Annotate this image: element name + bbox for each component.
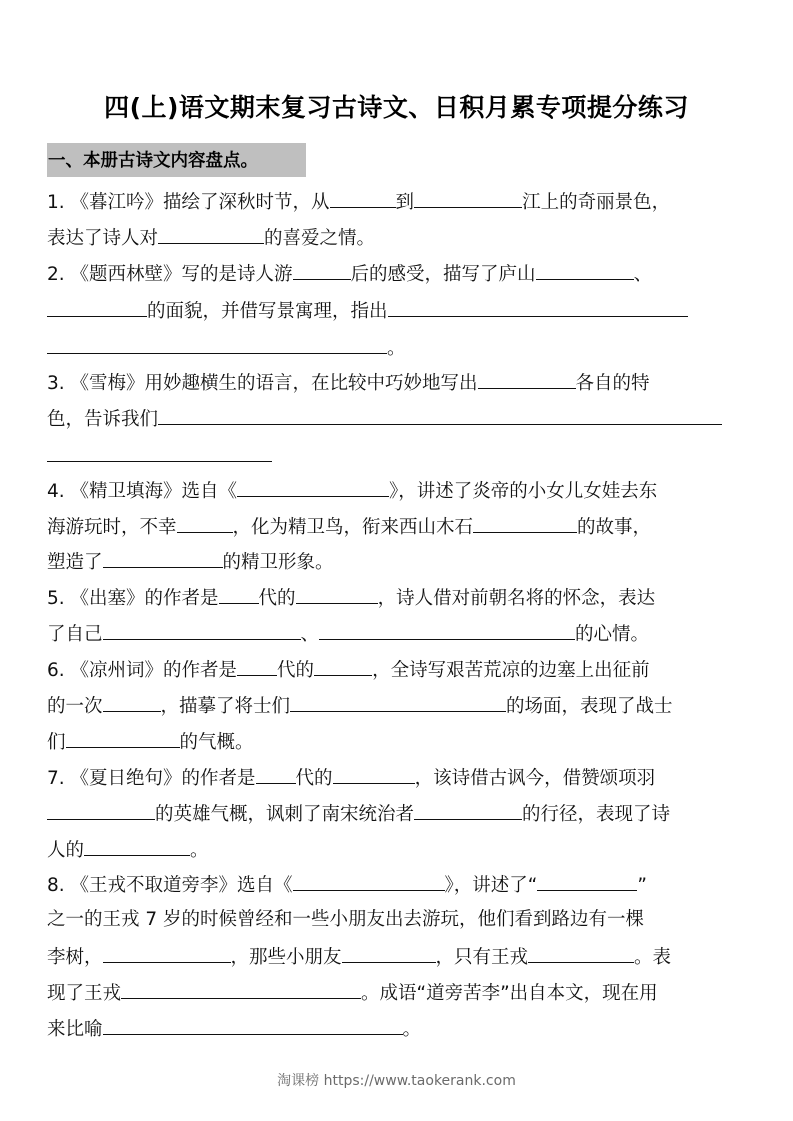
answer-blank[interactable] — [296, 583, 378, 604]
answer-blank[interactable] — [237, 476, 389, 497]
answer-blank[interactable] — [388, 296, 688, 317]
question-1-line: 1. 《暮江吟》描绘了深秋时节，从到江上的奇丽景色， — [47, 187, 670, 215]
question-text: 李树， — [47, 947, 103, 968]
question-3-line: 3. 《雪梅》用妙趣横生的语言，在比较中巧妙地写出各自的特 — [47, 368, 650, 396]
question-text: 色，告诉我们 — [47, 409, 158, 430]
question-text: 的故事， — [577, 517, 651, 538]
question-text: 江上的奇丽景色， — [522, 192, 670, 213]
question-6-line: 6. 《凉州词》的作者是代的，全诗写艰苦荒凉的边塞上出征前 — [47, 655, 650, 683]
question-4-line: 海游玩时，不幸，化为精卫鸟，衔来西山木石的故事， — [47, 512, 651, 540]
answer-blank[interactable] — [84, 835, 190, 856]
worksheet-title: 四(上)语文期末复习古诗文、日积月累专项提分练习 — [0, 88, 793, 124]
question-text: 。表 — [634, 947, 671, 968]
answer-blank[interactable] — [290, 691, 506, 712]
answer-blank[interactable] — [158, 223, 264, 244]
question-8-line: 李树，，那些小朋友，只有王戎。表 — [47, 942, 671, 970]
question-text: 的喜爱之情。 — [264, 228, 375, 249]
answer-blank[interactable] — [537, 870, 637, 891]
question-text: 。成语“道旁苦李”出自本文，现在用 — [361, 983, 658, 1004]
answer-blank[interactable] — [414, 799, 522, 820]
answer-blank[interactable] — [66, 727, 180, 748]
question-5-line: 了自己、的心情。 — [47, 619, 649, 647]
answer-blank[interactable] — [256, 763, 296, 784]
question-1-line: 表达了诗人对的喜爱之情。 — [47, 223, 375, 251]
question-text: 、 — [301, 624, 320, 645]
answer-blank[interactable] — [237, 655, 277, 676]
answer-blank[interactable] — [103, 1014, 403, 1035]
question-text: 、 — [634, 264, 653, 285]
answer-blank[interactable] — [121, 978, 361, 999]
question-text: 。 — [403, 1019, 422, 1040]
answer-blank[interactable] — [314, 655, 372, 676]
question-8-line: 现了王戎。成语“道旁苦李”出自本文，现在用 — [47, 978, 658, 1006]
question-text: 了自己 — [47, 624, 103, 645]
question-text: ，那些小朋友 — [231, 947, 342, 968]
answer-blank[interactable] — [103, 691, 161, 712]
question-text: 表达了诗人对 — [47, 228, 158, 249]
question-text: 2. 《题西林壁》写的是诗人游 — [47, 264, 293, 285]
question-2-line: 。 — [47, 333, 406, 361]
answer-blank[interactable] — [333, 763, 415, 784]
question-text: 5. 《出塞》的作者是 — [47, 588, 219, 609]
question-7-line: 7. 《夏日绝句》的作者是代的，该诗借古讽今，借赞颂项羽 — [47, 763, 655, 791]
question-text: 的英雄气概，讽刺了南宋统治者 — [155, 804, 414, 825]
answer-blank[interactable] — [47, 441, 272, 462]
question-text: 8. 《王戎不取道旁李》选自《 — [47, 875, 293, 896]
answer-blank[interactable] — [158, 404, 722, 425]
question-text: ，描摹了将士们 — [161, 696, 291, 717]
answer-blank[interactable] — [47, 296, 147, 317]
question-text: 们 — [47, 732, 66, 753]
answer-blank[interactable] — [103, 942, 231, 963]
answer-blank[interactable] — [536, 259, 634, 280]
answer-blank[interactable] — [293, 259, 351, 280]
answer-blank[interactable] — [47, 799, 155, 820]
answer-blank[interactable] — [103, 547, 223, 568]
answer-blank[interactable] — [528, 942, 634, 963]
question-text: ，全诗写艰苦荒凉的边塞上出征前 — [372, 660, 650, 681]
question-text: 后的感受，描写了庐山 — [351, 264, 536, 285]
question-text: 6. 《凉州词》的作者是 — [47, 660, 237, 681]
question-text: 的心情。 — [575, 624, 649, 645]
question-text: 》，讲述了炎帝的小女儿女娃去东 — [389, 481, 657, 502]
question-6-line: 们的气概。 — [47, 727, 254, 755]
question-7-line: 的英雄气概，讽刺了南宋统治者的行径，表现了诗 — [47, 799, 670, 827]
question-text: 的气概。 — [180, 732, 254, 753]
question-text: 代的 — [296, 768, 333, 789]
question-2-line: 2. 《题西林壁》写的是诗人游后的感受，描写了庐山、 — [47, 259, 652, 287]
question-text: 7. 《夏日绝句》的作者是 — [47, 768, 256, 789]
question-text: 的场面，表现了战士 — [506, 696, 673, 717]
answer-blank[interactable] — [177, 512, 233, 533]
question-3-line — [47, 441, 272, 469]
question-text: 4. 《精卫填海》选自《 — [47, 481, 237, 502]
question-8-line: 8. 《王戎不取道旁李》选自《》，讲述了“” — [47, 870, 647, 898]
question-5-line: 5. 《出塞》的作者是代的，诗人借对前朝名将的怀念，表达 — [47, 583, 655, 611]
footer-watermark: 淘课榜 https://www.taokerank.com — [0, 1070, 793, 1090]
answer-blank[interactable] — [103, 619, 301, 640]
question-text: 来比喻 — [47, 1019, 103, 1040]
answer-blank[interactable] — [473, 512, 577, 533]
question-text: 。 — [190, 840, 209, 861]
answer-blank[interactable] — [330, 187, 396, 208]
question-8-line: 之一的王戎 7 岁的时候曾经和一些小朋友出去游玩，他们看到路边有一棵 — [47, 906, 644, 934]
answer-blank[interactable] — [47, 333, 387, 354]
question-4-line: 塑造了的精卫形象。 — [47, 547, 334, 575]
question-text: ，化为精卫鸟，衔来西山木石 — [233, 517, 474, 538]
question-8-line: 来比喻。 — [47, 1014, 421, 1042]
question-text: 塑造了 — [47, 552, 103, 573]
section-heading-1: 一、本册古诗文内容盘点。 — [47, 143, 306, 177]
question-text: 到 — [396, 192, 415, 213]
question-text: 代的 — [277, 660, 314, 681]
answer-blank[interactable] — [293, 870, 445, 891]
question-text: 。 — [387, 338, 406, 359]
answer-blank[interactable] — [414, 187, 522, 208]
question-text: 各自的特 — [576, 373, 650, 394]
answer-blank[interactable] — [219, 583, 259, 604]
question-text: 1. 《暮江吟》描绘了深秋时节，从 — [47, 192, 330, 213]
question-text: 现了王戎 — [47, 983, 121, 1004]
answer-blank[interactable] — [478, 368, 576, 389]
question-text: ，该诗借古讽今，借赞颂项羽 — [415, 768, 656, 789]
question-text: 的一次 — [47, 696, 103, 717]
question-text: 人的 — [47, 840, 84, 861]
question-text: ” — [637, 875, 647, 896]
question-text: 的精卫形象。 — [223, 552, 334, 573]
question-text: ，诗人借对前朝名将的怀念，表达 — [378, 588, 656, 609]
answer-blank[interactable] — [342, 942, 436, 963]
question-text: 的行径，表现了诗 — [522, 804, 670, 825]
question-text: 海游玩时，不幸 — [47, 517, 177, 538]
question-2-line: 的面貌，并借写景寓理，指出 — [47, 296, 688, 324]
question-6-line: 的一次，描摹了将士们的场面，表现了战士 — [47, 691, 673, 719]
question-text: 3. 《雪梅》用妙趣横生的语言，在比较中巧妙地写出 — [47, 373, 478, 394]
question-text: 》，讲述了“ — [445, 875, 538, 896]
question-text: ，只有王戎 — [436, 947, 529, 968]
answer-blank[interactable] — [319, 619, 575, 640]
question-7-line: 人的。 — [47, 835, 209, 863]
question-text: 之一的王戎 7 岁的时候曾经和一些小朋友出去游玩，他们看到路边有一棵 — [47, 909, 644, 930]
question-4-line: 4. 《精卫填海》选自《》，讲述了炎帝的小女儿女娃去东 — [47, 476, 657, 504]
question-text: 的面貌，并借写景寓理，指出 — [147, 301, 388, 322]
question-text: 代的 — [259, 588, 296, 609]
question-3-line: 色，告诉我们 — [47, 404, 722, 432]
